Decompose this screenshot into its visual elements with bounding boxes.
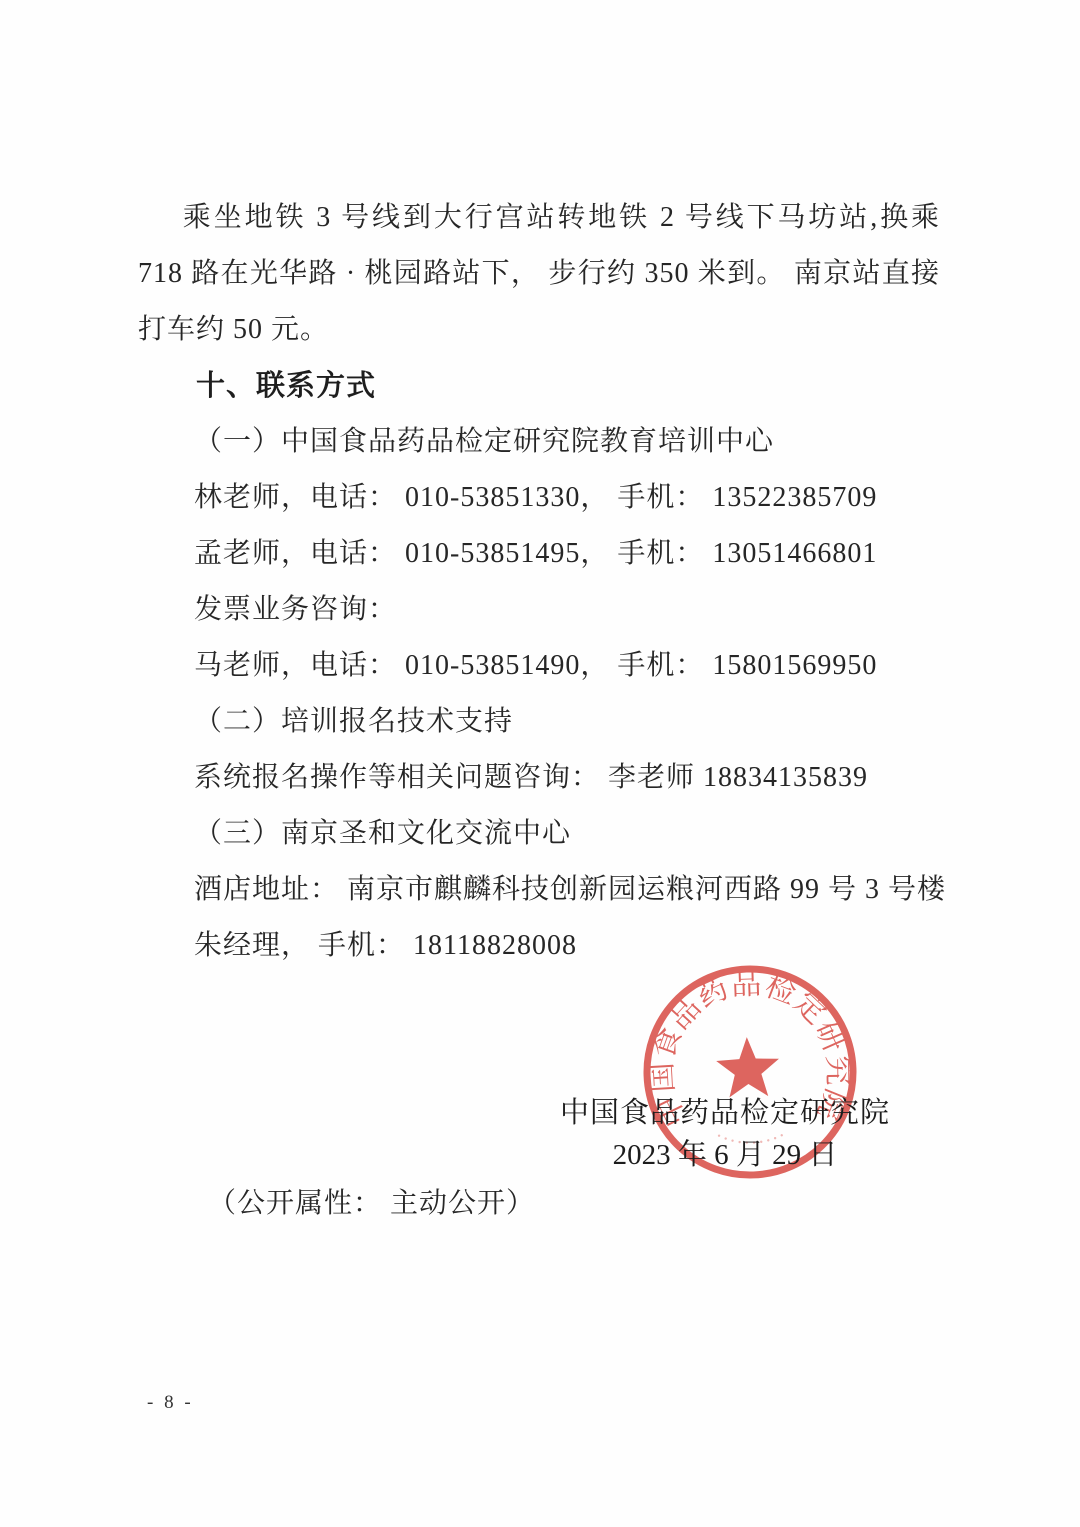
invoice-consult-label: 发票业务咨询： [138, 582, 940, 638]
contact-subheading-3: （三）南京圣和文化交流中心 [138, 806, 940, 862]
red-star-icon [715, 1036, 780, 1098]
document-body: 乘坐地铁 3 号线到大行宫站转地铁 2 号线下马坊站,换乘 718 路在光华路 … [138, 190, 940, 974]
hotel-address-line: 酒店地址： 南京市麒麟科技创新园运粮河西路 99 号 3 号楼 [138, 862, 940, 918]
contact-line-meng: 孟老师，电话： 010-53851495， 手机： 13051466801 [138, 526, 940, 582]
section-heading: 十、联系方式 [138, 358, 940, 414]
disclosure-note: （公开属性： 主动公开） [208, 1184, 535, 1224]
signature-organization: 中国食品药品检定研究院 [552, 1092, 898, 1134]
contact-line-lin: 林老师，电话： 010-53851330， 手机： 13522385709 [138, 470, 940, 526]
document-page: 乘坐地铁 3 号线到大行宫站转地铁 2 号线下马坊站,换乘 718 路在光华路 … [0, 0, 1080, 1527]
contact-line-ma: 马老师，电话： 010-53851490， 手机： 15801569950 [138, 638, 940, 694]
contact-subheading-2: （二）培训报名技术支持 [138, 694, 940, 750]
transport-paragraph: 乘坐地铁 3 号线到大行宫站转地铁 2 号线下马坊站,换乘 718 路在光华路 … [138, 190, 940, 358]
signature-date: 2023 年 6 月 29 日 [552, 1134, 898, 1176]
contact-line-li: 系统报名操作等相关问题咨询： 李老师 18834135839 [138, 750, 940, 806]
contact-subheading-1: （一）中国食品药品检定研究院教育培训中心 [138, 414, 940, 470]
page-number: - 8 - [147, 1392, 194, 1414]
